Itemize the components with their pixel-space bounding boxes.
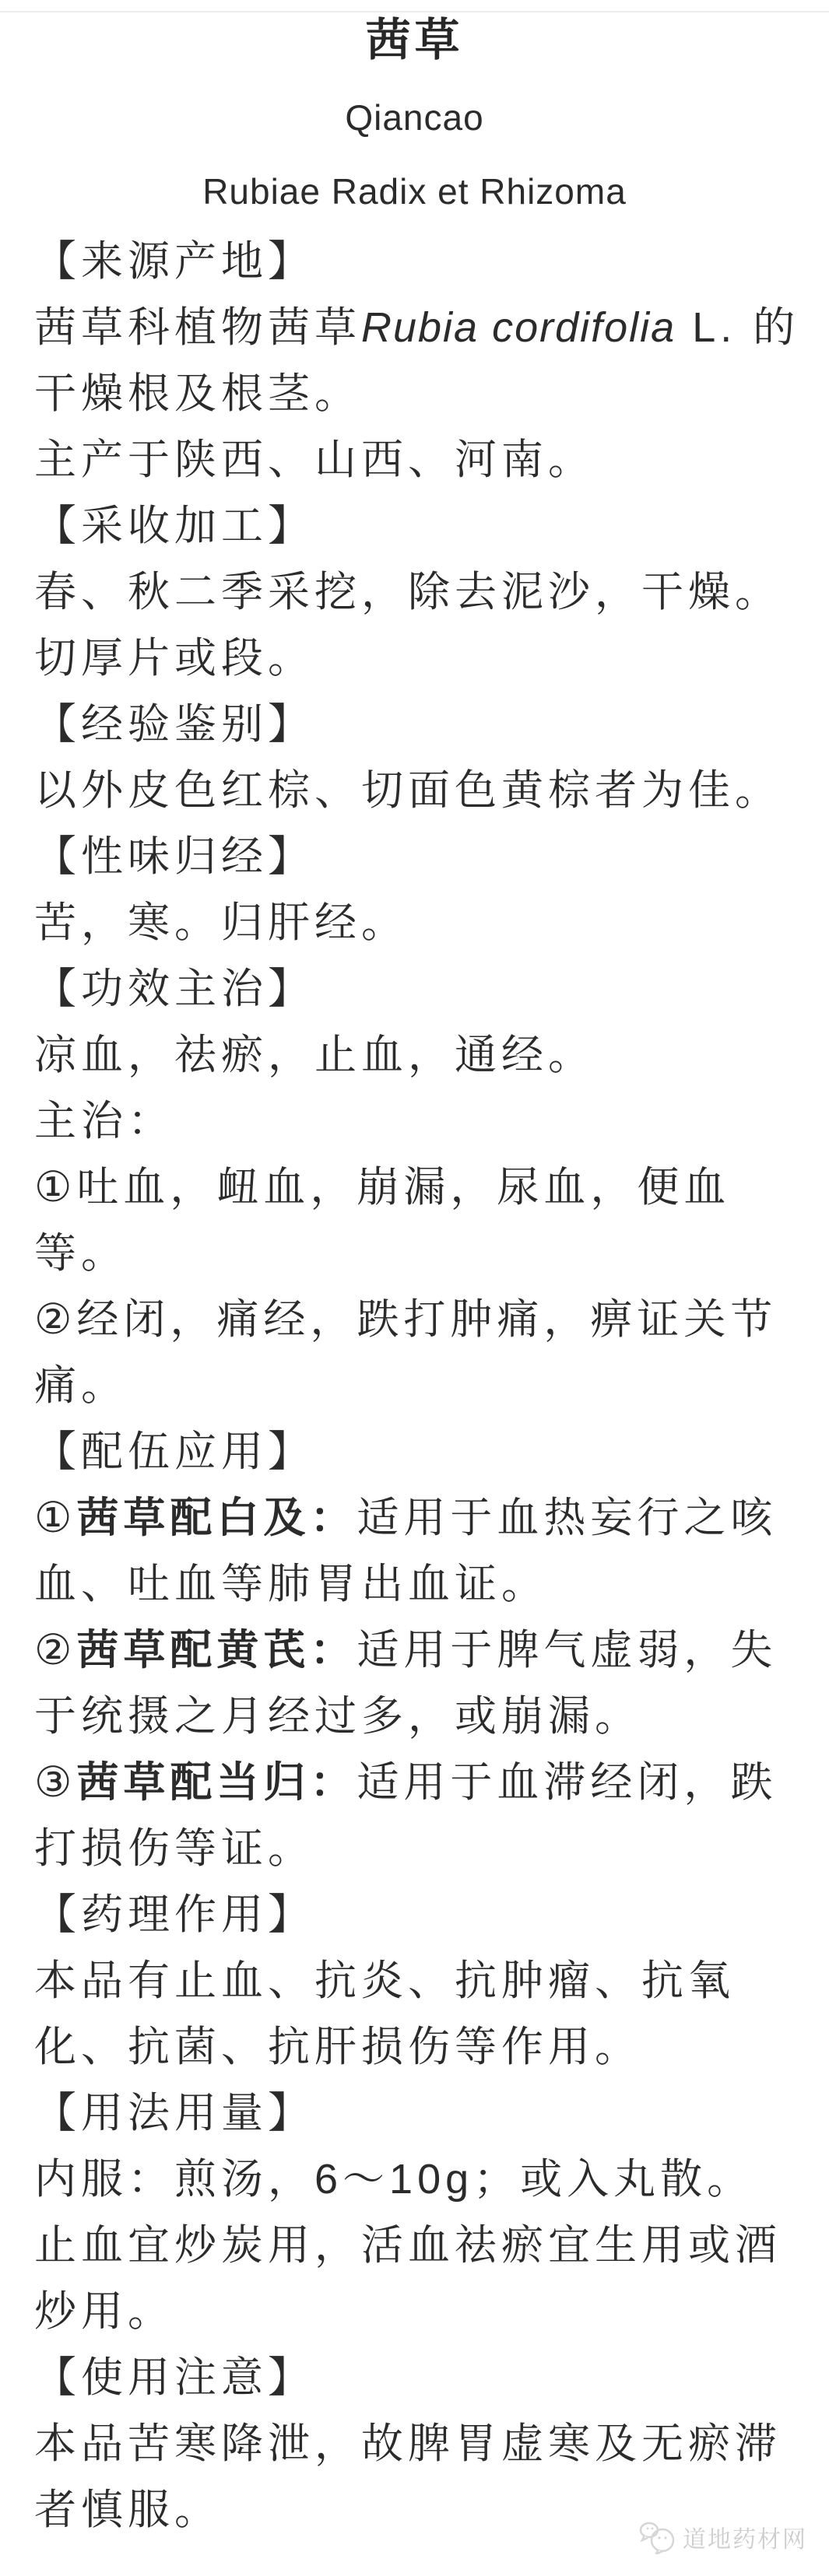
watermark: 道地药材网	[638, 2520, 807, 2554]
text-line: 炒用。	[34, 2279, 795, 2345]
text-segment: 止血宜炒炭用，活血祛瘀宜生用或酒	[34, 2222, 782, 2269]
text-segment: 本品苦寒降泄，故脾胃虚寒及无瘀滞	[34, 2420, 782, 2467]
text-line: 本品有止血、抗炎、抗肿瘤、抗氧	[34, 1948, 795, 2014]
section-heading: 【经验鉴别】	[34, 692, 795, 758]
section-heading: 【功效主治】	[34, 956, 795, 1022]
text-segment: 化、抗菌、抗肝损伤等作用。	[34, 2024, 641, 2070]
text-segment: ①	[34, 1495, 76, 1541]
text-segment: 【来源产地】	[34, 238, 314, 285]
text-line: 主产于陕西、山西、河南。	[34, 427, 795, 493]
text-segment: 茜草科植物茜草	[34, 304, 361, 351]
text-segment: Rubiae Radix et Rhizoma	[202, 171, 627, 212]
text-line: 干燥根及根茎。	[34, 361, 795, 427]
text-segment: 内服：煎汤，6～10g；或入丸散。	[34, 2156, 753, 2203]
text-line: 以外皮色红棕、切面色黄棕者为佳。	[34, 758, 795, 824]
text-segment: 于统摄之月经过多，或崩漏。	[34, 1693, 641, 1740]
text-line: 痛。	[34, 1353, 795, 1419]
text-segment: 适用于血热妄行之咳	[357, 1495, 777, 1541]
text-segment: ①吐血，衄血，崩漏，尿血，便血	[34, 1164, 730, 1211]
text-segment: 主产于陕西、山西、河南。	[34, 436, 595, 483]
section-heading: 【使用注意】	[34, 2345, 795, 2411]
text-segment: L. 的	[676, 304, 799, 351]
text-segment: 痛。	[34, 1362, 128, 1409]
text-line: 切厚片或段。	[34, 626, 795, 692]
text-segment: 等。	[34, 1230, 128, 1277]
article-title: 茜草	[34, 0, 795, 81]
section-heading: 【药理作用】	[34, 1882, 795, 1948]
text-line: 本品苦寒降泄，故脾胃虚寒及无瘀滞	[34, 2411, 795, 2477]
text-segment: 适用于脾气虚弱，失	[357, 1627, 777, 1674]
text-segment: 炒用。	[34, 2288, 174, 2335]
text-segment: 【经验鉴别】	[34, 701, 314, 748]
text-segment: 春、秋二季采挖，除去泥沙，干燥。	[34, 569, 782, 615]
text-line: 于统摄之月经过多，或崩漏。	[34, 1684, 795, 1750]
article-body: 茜草QiancaoRubiae Radix et Rhizoma【来源产地】茜草…	[34, 0, 795, 2543]
text-segment: Rubia cordifolia	[361, 304, 676, 351]
text-segment: ③	[34, 1759, 76, 1806]
section-heading: 【性味归经】	[34, 824, 795, 890]
watermark-text: 道地药材网	[683, 2520, 807, 2554]
section-heading: 【来源产地】	[34, 229, 795, 295]
text-segment: 【用法用量】	[34, 2090, 314, 2136]
section-heading: 【采收加工】	[34, 493, 795, 559]
text-line: 苦，寒。归肝经。	[34, 890, 795, 956]
text-segment: 适用于血滞经闭，跌	[357, 1759, 777, 1806]
text-segment: 以外皮色红棕、切面色黄棕者为佳。	[34, 767, 782, 814]
text-line: 止血宜炒炭用，活血祛瘀宜生用或酒	[34, 2213, 795, 2279]
text-segment: 【性味归经】	[34, 833, 314, 880]
text-line: ②经闭，痛经，跌打肿痛，痹证关节	[34, 1287, 795, 1353]
text-segment: 【药理作用】	[34, 1891, 314, 1938]
text-line: 血、吐血等肺胃出血证。	[34, 1551, 795, 1617]
text-segment: 本品有止血、抗炎、抗肿瘤、抗氧	[34, 1957, 735, 2004]
text-segment: Qiancao	[345, 97, 483, 138]
text-line: 等。	[34, 1221, 795, 1287]
section-heading: 【用法用量】	[34, 2080, 795, 2147]
text-segment: 打损伤等证。	[34, 1825, 314, 1872]
text-line: ②茜草配黄芪：适用于脾气虚弱，失	[34, 1617, 795, 1684]
text-line: 内服：煎汤，6～10g；或入丸散。	[34, 2147, 795, 2213]
article-page: 茜草QiancaoRubiae Radix et Rhizoma【来源产地】茜草…	[0, 0, 829, 2576]
text-segment: 者慎服。	[34, 2487, 221, 2533]
article-latin-name: Rubiae Radix et Rhizoma	[34, 155, 795, 229]
text-segment: 干燥根及根茎。	[34, 370, 361, 417]
text-line: ③茜草配当归：适用于血滞经闭，跌	[34, 1750, 795, 1816]
text-line: 凉血，祛瘀，止血，通经。	[34, 1022, 795, 1088]
text-segment: 苦，寒。归肝经。	[34, 899, 408, 946]
chat-bubbles-icon	[638, 2520, 678, 2554]
text-segment: 【采收加工】	[34, 503, 314, 549]
text-line: 春、秋二季采挖，除去泥沙，干燥。	[34, 559, 795, 626]
text-line: ①吐血，衄血，崩漏，尿血，便血	[34, 1155, 795, 1221]
text-segment: ②经闭，痛经，跌打肿痛，痹证关节	[34, 1296, 777, 1343]
text-segment: 血、吐血等肺胃出血证。	[34, 1561, 548, 1607]
text-segment: 茜草配黄芪：	[76, 1627, 357, 1674]
text-line: ①茜草配白及：适用于血热妄行之咳	[34, 1485, 795, 1551]
section-heading: 【配伍应用】	[34, 1419, 795, 1485]
text-segment: 【使用注意】	[34, 2354, 314, 2401]
text-segment: 主治：	[34, 1098, 174, 1144]
text-line: 打损伤等证。	[34, 1816, 795, 1882]
text-line: 主治：	[34, 1088, 795, 1155]
text-segment: 凉血，祛瘀，止血，通经。	[34, 1032, 595, 1078]
text-line: 茜草科植物茜草Rubia cordifolia L. 的	[34, 295, 795, 361]
text-segment: 【功效主治】	[34, 966, 314, 1012]
text-segment: 茜草配白及：	[76, 1495, 357, 1541]
text-segment: 切厚片或段。	[34, 635, 314, 682]
text-segment: 茜草配当归：	[76, 1759, 357, 1806]
text-segment: 茜草	[365, 15, 463, 65]
text-segment: ②	[34, 1627, 76, 1674]
text-line: 化、抗菌、抗肝损伤等作用。	[34, 2014, 795, 2080]
article-pinyin: Qiancao	[34, 81, 795, 155]
text-segment: 【配伍应用】	[34, 1428, 314, 1475]
